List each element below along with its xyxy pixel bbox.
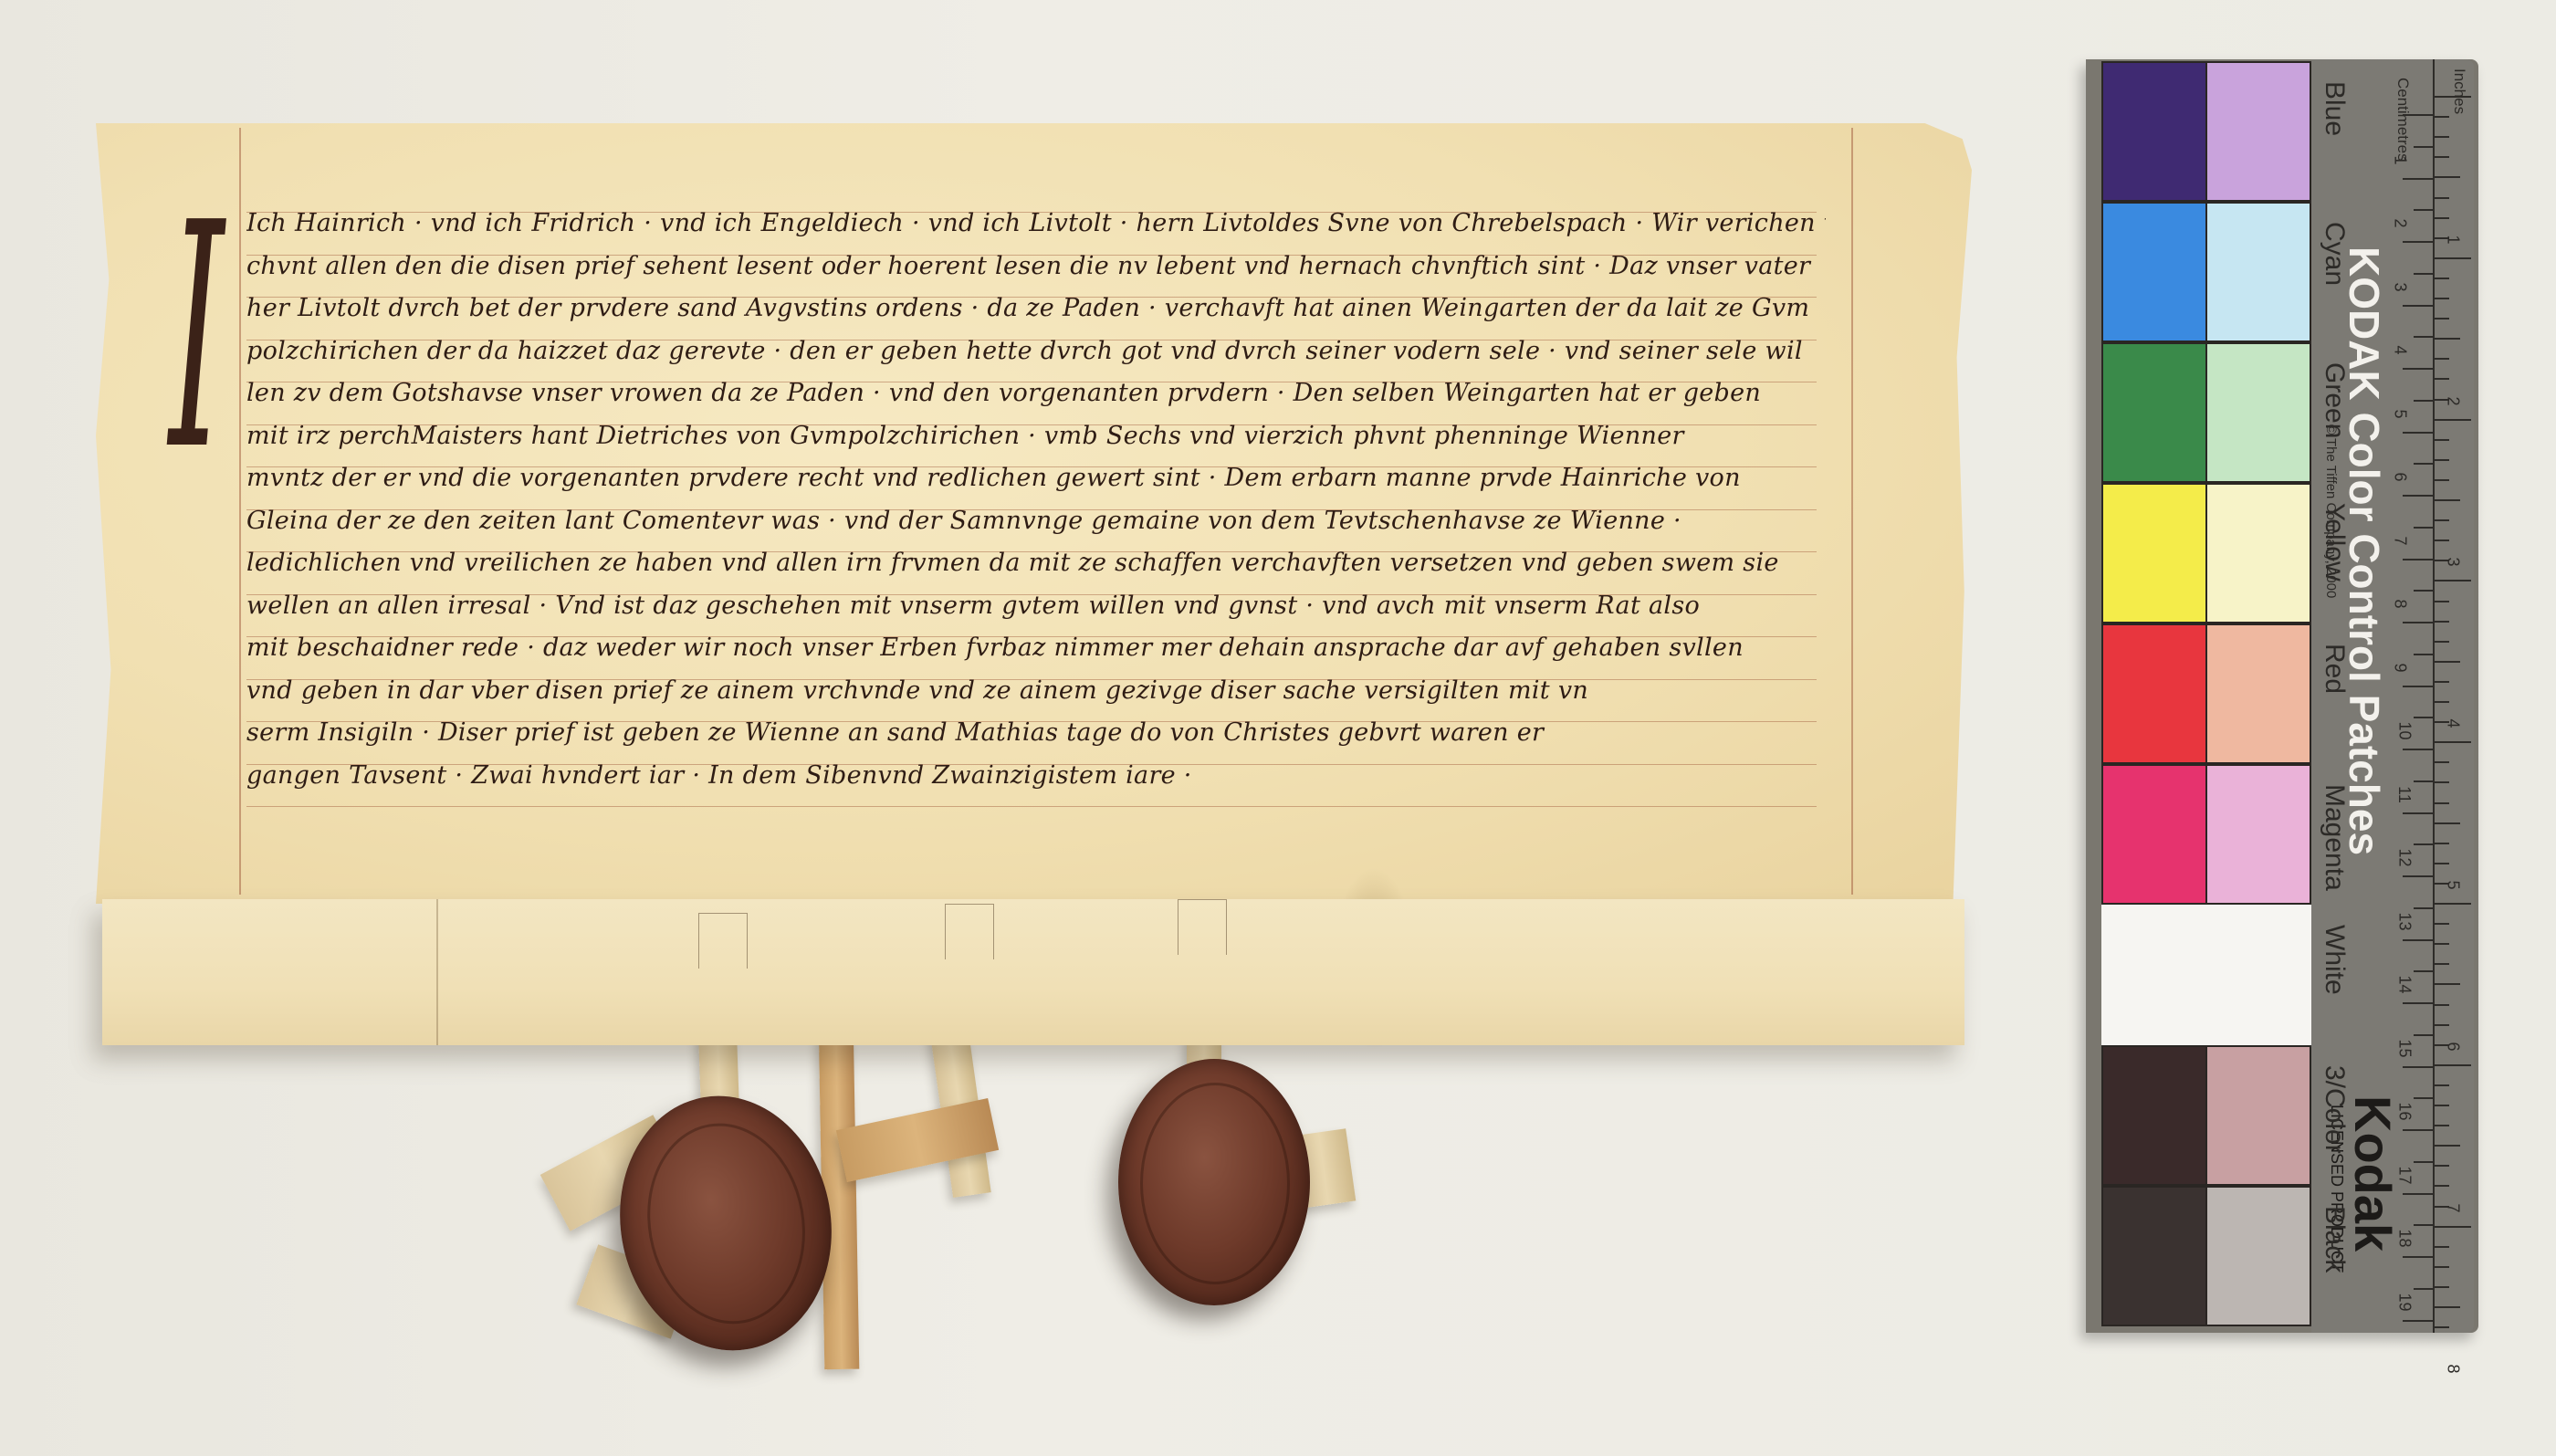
inch-tick <box>2435 459 2449 461</box>
inch-tick <box>2435 1185 2449 1187</box>
cm-tick <box>2414 273 2433 275</box>
cm-tick <box>2414 843 2433 845</box>
cm-mark: 9 <box>2391 663 2410 672</box>
cm-mark: 15 <box>2395 1039 2415 1057</box>
kodak-color-chart: 1234567891011121314151617181912345678 In… <box>2086 59 2478 1333</box>
cm-mark: 5 <box>2391 409 2410 418</box>
cm-tick <box>2414 1097 2433 1099</box>
cm-tick <box>2414 1161 2433 1163</box>
inch-tick <box>2435 781 2449 783</box>
inch-tick <box>2435 1306 2460 1308</box>
cm-tick <box>2414 717 2433 718</box>
inch-tick <box>2435 1326 2449 1328</box>
inch-tick <box>2435 1105 2449 1106</box>
cm-tick <box>2414 336 2433 338</box>
inch-mark: 2 <box>2444 396 2463 405</box>
inch-tick <box>2435 621 2449 623</box>
cm-tick <box>2403 241 2433 243</box>
cm-tick <box>2403 1002 2433 1004</box>
text-line-7: mvntz der er vnd die vorgenanten prvdere… <box>246 457 1826 500</box>
patch-3-color-dark <box>2101 1045 2207 1186</box>
inch-tick <box>2435 499 2460 501</box>
cm-mark: 3 <box>2391 282 2410 291</box>
text-line-8: Gleina der ze den zeiten lant Comentevr … <box>246 500 1826 543</box>
cm-tick <box>2414 970 2433 972</box>
seal-slit-1 <box>698 913 748 969</box>
cm-tick <box>2414 146 2433 148</box>
cm-tick <box>2403 432 2433 434</box>
cm-mark: 14 <box>2395 975 2415 993</box>
text-line-13: serm Insigiln · Diser prief ist geben ze… <box>246 712 1826 755</box>
cm-tick <box>2403 749 2433 750</box>
text-line-5: len zv dem Gotshavse vnser vrowen da ze … <box>246 372 1826 415</box>
inch-tick <box>2435 136 2449 138</box>
decorated-initial: I <box>169 183 224 493</box>
patch-magenta-light <box>2205 764 2311 905</box>
inch-tick <box>2435 681 2449 683</box>
inch-tick <box>2435 741 2471 743</box>
inch-tick <box>2435 479 2449 481</box>
centimetres-label: Centimetres <box>2394 78 2412 162</box>
inch-tick <box>2435 116 2449 118</box>
inch-tick <box>2435 338 2460 340</box>
inch-tick <box>2435 983 2460 985</box>
cm-mark: 8 <box>2391 599 2410 608</box>
patch-label: Black <box>2319 1206 2350 1273</box>
inch-tick <box>2435 1004 2449 1006</box>
patch-label: Blue <box>2319 81 2350 136</box>
patch-white <box>2101 905 2311 1045</box>
text-line-1: Ich Hainrich · vnd ich Fridrich · vnd ic… <box>246 203 1826 246</box>
seal-slit-3 <box>1178 899 1227 955</box>
kodak-logo: Kodak <box>2343 1095 2403 1252</box>
seal-left-inner-ring <box>632 1111 821 1336</box>
patch-red-dark <box>2101 623 2207 764</box>
inch-tick <box>2435 378 2449 380</box>
inch-tick <box>2435 156 2449 158</box>
text-line-10: wellen an allen irresal · Vnd ist daz ge… <box>246 585 1826 628</box>
cm-tick <box>2403 1256 2433 1258</box>
inch-tick <box>2435 1125 2449 1126</box>
cm-mark: 19 <box>2395 1293 2415 1311</box>
cm-tick <box>2403 305 2433 307</box>
inch-tick <box>2435 419 2471 421</box>
inch-tick <box>2435 843 2449 844</box>
text-line-14: gangen Tavsent · Zwai hvndert iar · In d… <box>246 755 1826 798</box>
patch-yellow-dark <box>2101 483 2207 623</box>
inch-tick <box>2435 761 2449 763</box>
inch-tick <box>2435 298 2449 299</box>
patch-label: Yellow <box>2319 503 2350 581</box>
text-line-11: mit beschaidner rede · daz weder wir noc… <box>246 627 1826 670</box>
left-margin-ruling <box>239 128 241 895</box>
inch-tick <box>2435 1226 2471 1228</box>
text-line-9: ledichlichen vnd vreilichen ze haben vnd… <box>246 542 1826 585</box>
inch-tick <box>2435 358 2449 360</box>
cm-mark: 10 <box>2395 721 2415 739</box>
charter-text: Ich Hainrich · vnd ich Fridrich · vnd ic… <box>246 203 1826 797</box>
cm-tick <box>2414 907 2433 909</box>
text-line-12: vnd geben in dar vber disen prief ze ain… <box>246 670 1826 713</box>
cm-mark: 11 <box>2394 786 2414 803</box>
inch-tick <box>2435 661 2460 663</box>
inch-tick <box>2435 903 2471 905</box>
cm-tick <box>2403 875 2433 877</box>
inch-tick <box>2435 197 2449 199</box>
patch-blue-dark <box>2101 61 2207 202</box>
cm-tick <box>2403 812 2433 814</box>
cm-tick <box>2414 209 2433 211</box>
seal-right-inner-ring <box>1140 1083 1290 1284</box>
inch-tick <box>2435 1145 2460 1147</box>
patch-cyan-light <box>2205 202 2311 342</box>
inch-tick <box>2435 1165 2449 1167</box>
cm-mark: 2 <box>2391 218 2410 227</box>
seal-slit-2 <box>945 904 994 959</box>
inch-tick <box>2435 176 2460 178</box>
inch-tick <box>2435 863 2449 864</box>
inch-mark: 5 <box>2444 880 2463 889</box>
patch-yellow-light <box>2205 483 2311 623</box>
text-line-2: chvnt allen den die disen prief sehent l… <box>246 246 1826 288</box>
inch-tick <box>2435 1286 2449 1288</box>
cm-mark: 7 <box>2391 536 2410 545</box>
inch-tick <box>2435 439 2449 441</box>
patch-cyan-dark <box>2101 202 2207 342</box>
cm-tick <box>2414 400 2433 402</box>
patch-black-dark <box>2101 1186 2207 1326</box>
cm-tick <box>2414 590 2433 592</box>
inch-tick <box>2435 257 2471 259</box>
cm-tick <box>2403 495 2433 497</box>
inch-tick <box>2435 943 2449 945</box>
cm-tick <box>2414 1034 2433 1036</box>
patch-green-dark <box>2101 342 2207 483</box>
inch-tick <box>2435 1246 2449 1248</box>
cm-tick <box>2403 1193 2433 1195</box>
patch-red-light <box>2205 623 2311 764</box>
patch-label: 3/Color <box>2319 1065 2350 1154</box>
cm-tick <box>2403 939 2433 941</box>
ruling-line <box>246 806 1817 807</box>
patch-label: Green <box>2319 362 2350 438</box>
cm-tick <box>2414 1288 2433 1290</box>
patch-magenta-dark <box>2101 764 2207 905</box>
cm-tick <box>2414 1224 2433 1226</box>
cm-tick <box>2403 368 2433 370</box>
inch-tick <box>2435 1266 2449 1268</box>
patch-label: White <box>2319 925 2350 995</box>
text-line-4: polzchirichen der da haizzet daz gerevte… <box>246 330 1826 373</box>
inch-tick <box>2435 601 2449 602</box>
inch-mark: 7 <box>2444 1203 2463 1212</box>
patch-label: Cyan <box>2319 222 2350 286</box>
inch-tick <box>2435 923 2449 925</box>
patch-label: Red <box>2319 644 2350 694</box>
cm-tick <box>2403 178 2433 180</box>
cm-mark: 12 <box>2395 848 2415 866</box>
cm-mark: 4 <box>2391 345 2410 354</box>
cm-tick <box>2414 527 2433 529</box>
inch-mark: 3 <box>2444 558 2463 567</box>
cm-tick <box>2403 1320 2433 1322</box>
inch-tick <box>2435 580 2471 581</box>
right-margin-ruling <box>1851 128 1853 895</box>
cm-tick <box>2403 1129 2433 1131</box>
cm-tick <box>2403 686 2433 687</box>
cm-mark: 6 <box>2391 472 2410 481</box>
cm-tick <box>2414 654 2433 655</box>
inch-tick <box>2435 1084 2449 1086</box>
inch-tick <box>2435 822 2460 824</box>
inch-mark: 4 <box>2444 719 2463 728</box>
inch-tick <box>2435 539 2449 541</box>
inch-tick <box>2435 278 2449 279</box>
ruler-line <box>2433 59 2435 1333</box>
inch-tick <box>2435 1064 2471 1066</box>
patch-black-light <box>2205 1186 2311 1326</box>
text-line-6: mit irz perchMaisters hant Dietriches vo… <box>246 415 1826 458</box>
inch-tick <box>2435 318 2449 319</box>
cm-tick <box>2403 622 2433 623</box>
cm-tick <box>2414 463 2433 465</box>
cm-tick <box>2403 559 2433 560</box>
plica-fold <box>102 899 1964 1045</box>
inch-tick <box>2435 701 2449 703</box>
cm-tick <box>2414 780 2433 782</box>
cm-tick <box>2403 1066 2433 1068</box>
inches-label: Inches <box>2450 68 2468 114</box>
wax-seal-right <box>1118 1059 1310 1305</box>
inch-tick <box>2435 802 2449 804</box>
patch-label: Magenta <box>2319 784 2350 891</box>
text-line-3: her Livtolt dvrch bet der prvdere sand A… <box>246 288 1826 330</box>
cm-mark: 13 <box>2395 912 2415 930</box>
inch-mark: 8 <box>2444 1365 2463 1374</box>
inch-mark: 1 <box>2444 235 2463 244</box>
inch-tick <box>2435 217 2449 219</box>
inch-tick <box>2435 641 2449 643</box>
inch-tick <box>2435 519 2449 521</box>
patch-3-color-light <box>2205 1045 2311 1186</box>
patch-green-light <box>2205 342 2311 483</box>
inch-tick <box>2435 1024 2449 1026</box>
plica-crease <box>436 899 438 1045</box>
patch-blue-light <box>2205 61 2311 202</box>
inch-mark: 6 <box>2444 1042 2463 1051</box>
inch-tick <box>2435 963 2449 965</box>
